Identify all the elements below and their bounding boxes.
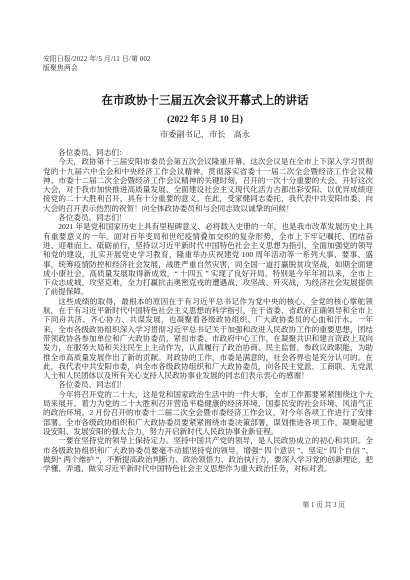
body-paragraph: 今天，政协第十三届安阳市委员会第五次会议隆重开幕。这次会议是在全市上下深入学习贯… (43, 157, 373, 213)
masthead: 安阳日报/2022 年/5 月/11 日/第 002 版聚焦两会 (43, 55, 372, 73)
document-date: (2022 年 5 月 10 日) (0, 112, 410, 125)
body-paragraph: 今年将召开党的二十大，这是党和国家政治生活中的一件大事，全市工作都要紧紧围绕这个… (43, 390, 373, 436)
page-title: 在市政协十三届五次会议开幕式上的讲话 (0, 92, 410, 108)
body-paragraph: 2021 年是党和国家历史上具有里程碑意义、必将载入史册的一年，也是我市改革发展… (43, 222, 373, 296)
body-paragraph: 各位委员、同志们！ (43, 380, 373, 389)
body-paragraph: 一要在坚持党的领导上保持定力。坚持中国共产党的领导，是人民政协成立的初心和共识。… (43, 436, 373, 473)
document-page: 安阳日报/2022 年/5 月/11 日/第 002 版聚焦两会 在市政协十三届… (0, 0, 410, 580)
document-body: 各位委员、同志们：今天，政协第十三届安阳市委员会第五次会议隆重开幕。这次会议是在… (43, 148, 373, 473)
page-number-indicator: 第 1 页 共 3 页 (43, 499, 373, 509)
masthead-line-1: 安阳日报/2022 年/5 月/11 日/第 002 (43, 55, 372, 64)
body-paragraph: 各位委员、同志们！ (43, 213, 373, 222)
body-paragraph: 这些成绩的取得，最根本的原因在于有习近平总书记作为党中央的核心、全党的核心掌舵领… (43, 297, 373, 381)
masthead-line-2: 版聚焦两会 (43, 64, 372, 73)
body-paragraph: 各位委员、同志们： (43, 148, 373, 157)
document-speaker: 市委副书记、市长 高永 (0, 129, 410, 140)
